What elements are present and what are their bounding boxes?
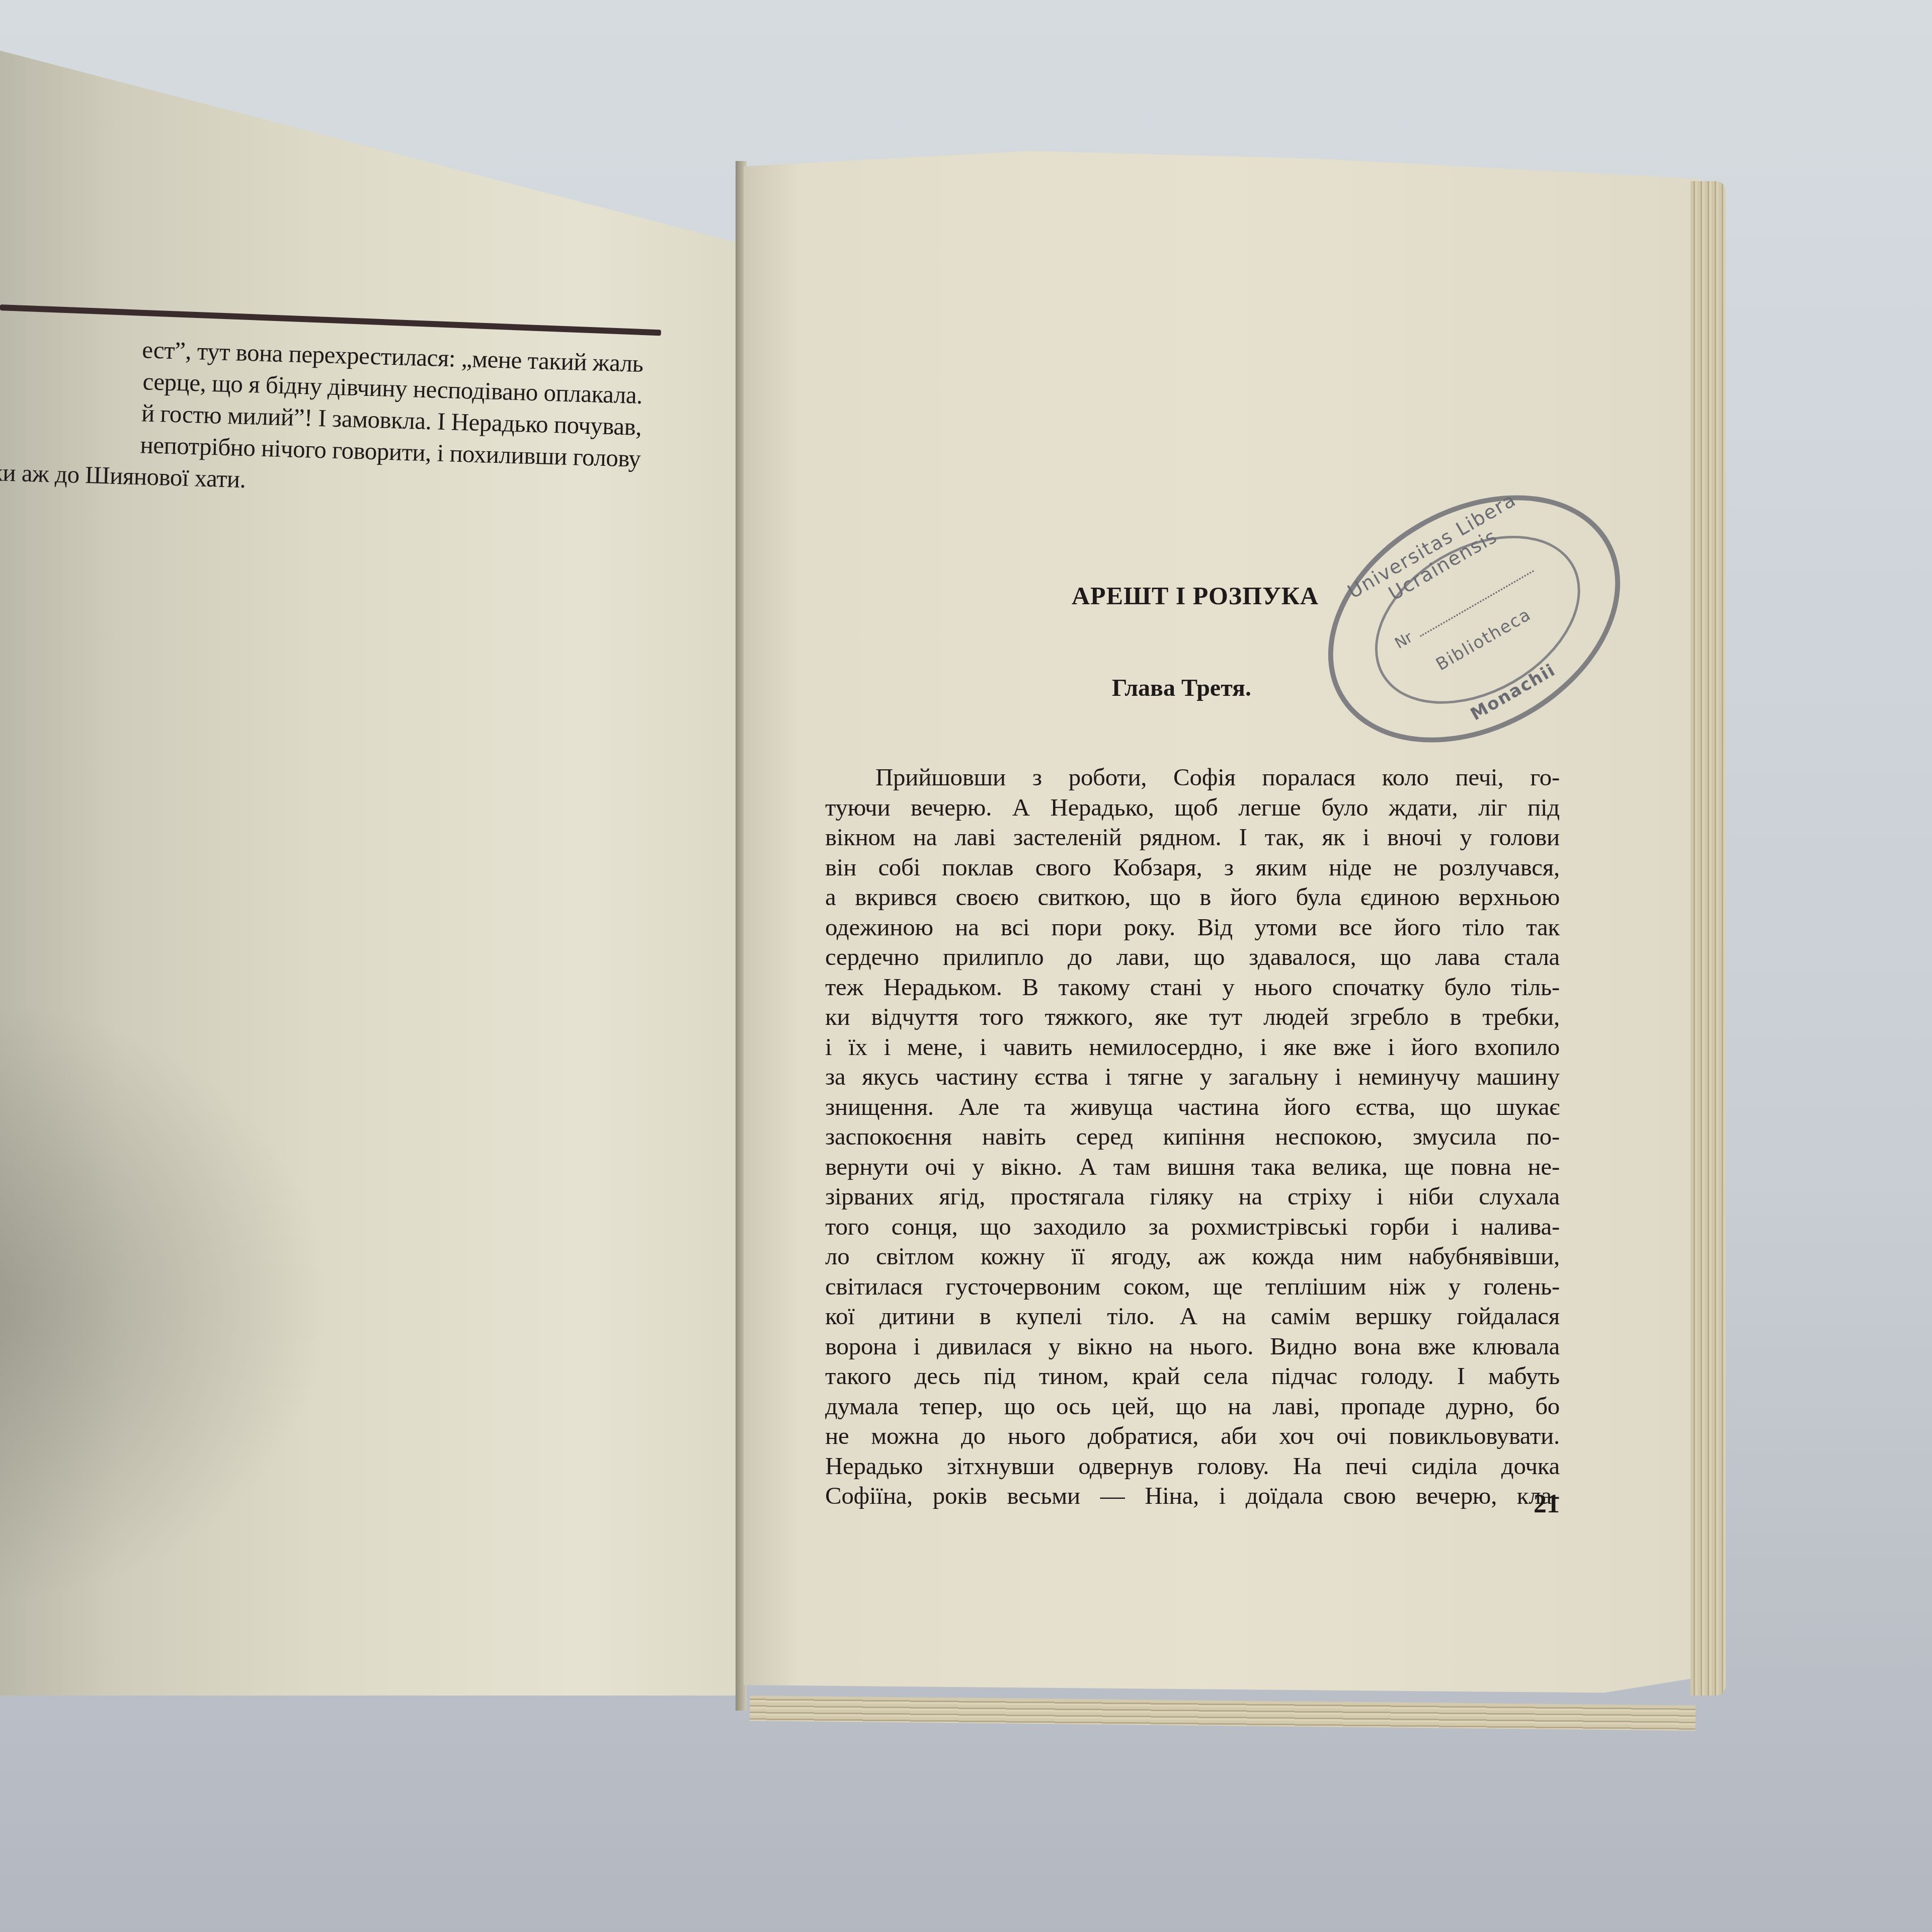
- text-line: він собі поклав свого Кобзаря, з яким ні…: [825, 852, 1560, 882]
- text-line: туючи вечерю. А Нерадько, щоб легше було…: [825, 792, 1560, 823]
- page-number: 21: [1534, 1489, 1560, 1519]
- text-line: ки відчуття того тяжкого, яке тут людей …: [825, 1002, 1560, 1032]
- chapter-title: АРЕШТ І РОЗПУКА: [1072, 581, 1319, 610]
- text-line: сердечно прилипло до лави, що здавалося,…: [825, 942, 1560, 972]
- text-line: знищення. Але та живуща частина його єст…: [825, 1092, 1560, 1122]
- text-line: кої дитини в купелі тіло. А на самім вер…: [825, 1301, 1560, 1331]
- text-line: зірваних ягід, простягала гіляку на стрі…: [825, 1181, 1560, 1212]
- text-line: світилася густочервоним соком, ще тепліш…: [825, 1271, 1560, 1302]
- text-line: одежиною на всі пори року. Від утоми все…: [825, 912, 1560, 942]
- text-line: теж Нерадьком. В такому стані у нього сп…: [825, 972, 1560, 1002]
- text-line: Прийшовши з роботи, Софія поралася коло …: [825, 762, 1560, 792]
- text-line: заспокоєння навіть серед кипіння неспоко…: [825, 1121, 1560, 1152]
- text-line: такого десь під тином, край села підчас …: [825, 1361, 1560, 1391]
- text-line: Софіїна, років весьми — Ніна, і доїдала …: [825, 1481, 1560, 1511]
- text-line: Нерадько зітхнувши одвернув голову. На п…: [825, 1451, 1560, 1481]
- left-page: [0, 45, 740, 1696]
- page-edges-fore: [1691, 181, 1726, 1696]
- text-line: ло світлом кожну її ягоду, аж кожда ним …: [825, 1241, 1560, 1271]
- text-line: вернути очі у вікно. А там вишня така ве…: [825, 1152, 1560, 1182]
- text-line: не можна до нього добратися, аби хоч очі…: [825, 1421, 1560, 1451]
- text-line: ворона і дивилася у вікно на нього. Видн…: [825, 1331, 1560, 1361]
- page-edges-bottom: [750, 1696, 1696, 1731]
- chapter-subtitle: Глава Третя.: [1112, 674, 1251, 702]
- text-line: а вкрився своєю свиткою, що в його була …: [825, 882, 1560, 912]
- body-text: Прийшовши з роботи, Софія поралася коло …: [825, 762, 1560, 1511]
- text-line: і їх і мене, і чавить немилосердно, і як…: [825, 1032, 1560, 1062]
- text-line: вікном на лаві застеленій рядном. І так,…: [825, 822, 1560, 852]
- text-line: того сонця, що заходило за рохмистрівськ…: [825, 1212, 1560, 1242]
- left-page-text: ест”, тут вона перехрестилася: „мене так…: [0, 330, 643, 506]
- text-line: за якусь частину єства і тягне у загальн…: [825, 1062, 1560, 1092]
- text-line: думала тепер, що ось цей, що на лаві, пр…: [825, 1391, 1560, 1421]
- page-shadow: [0, 1001, 332, 1605]
